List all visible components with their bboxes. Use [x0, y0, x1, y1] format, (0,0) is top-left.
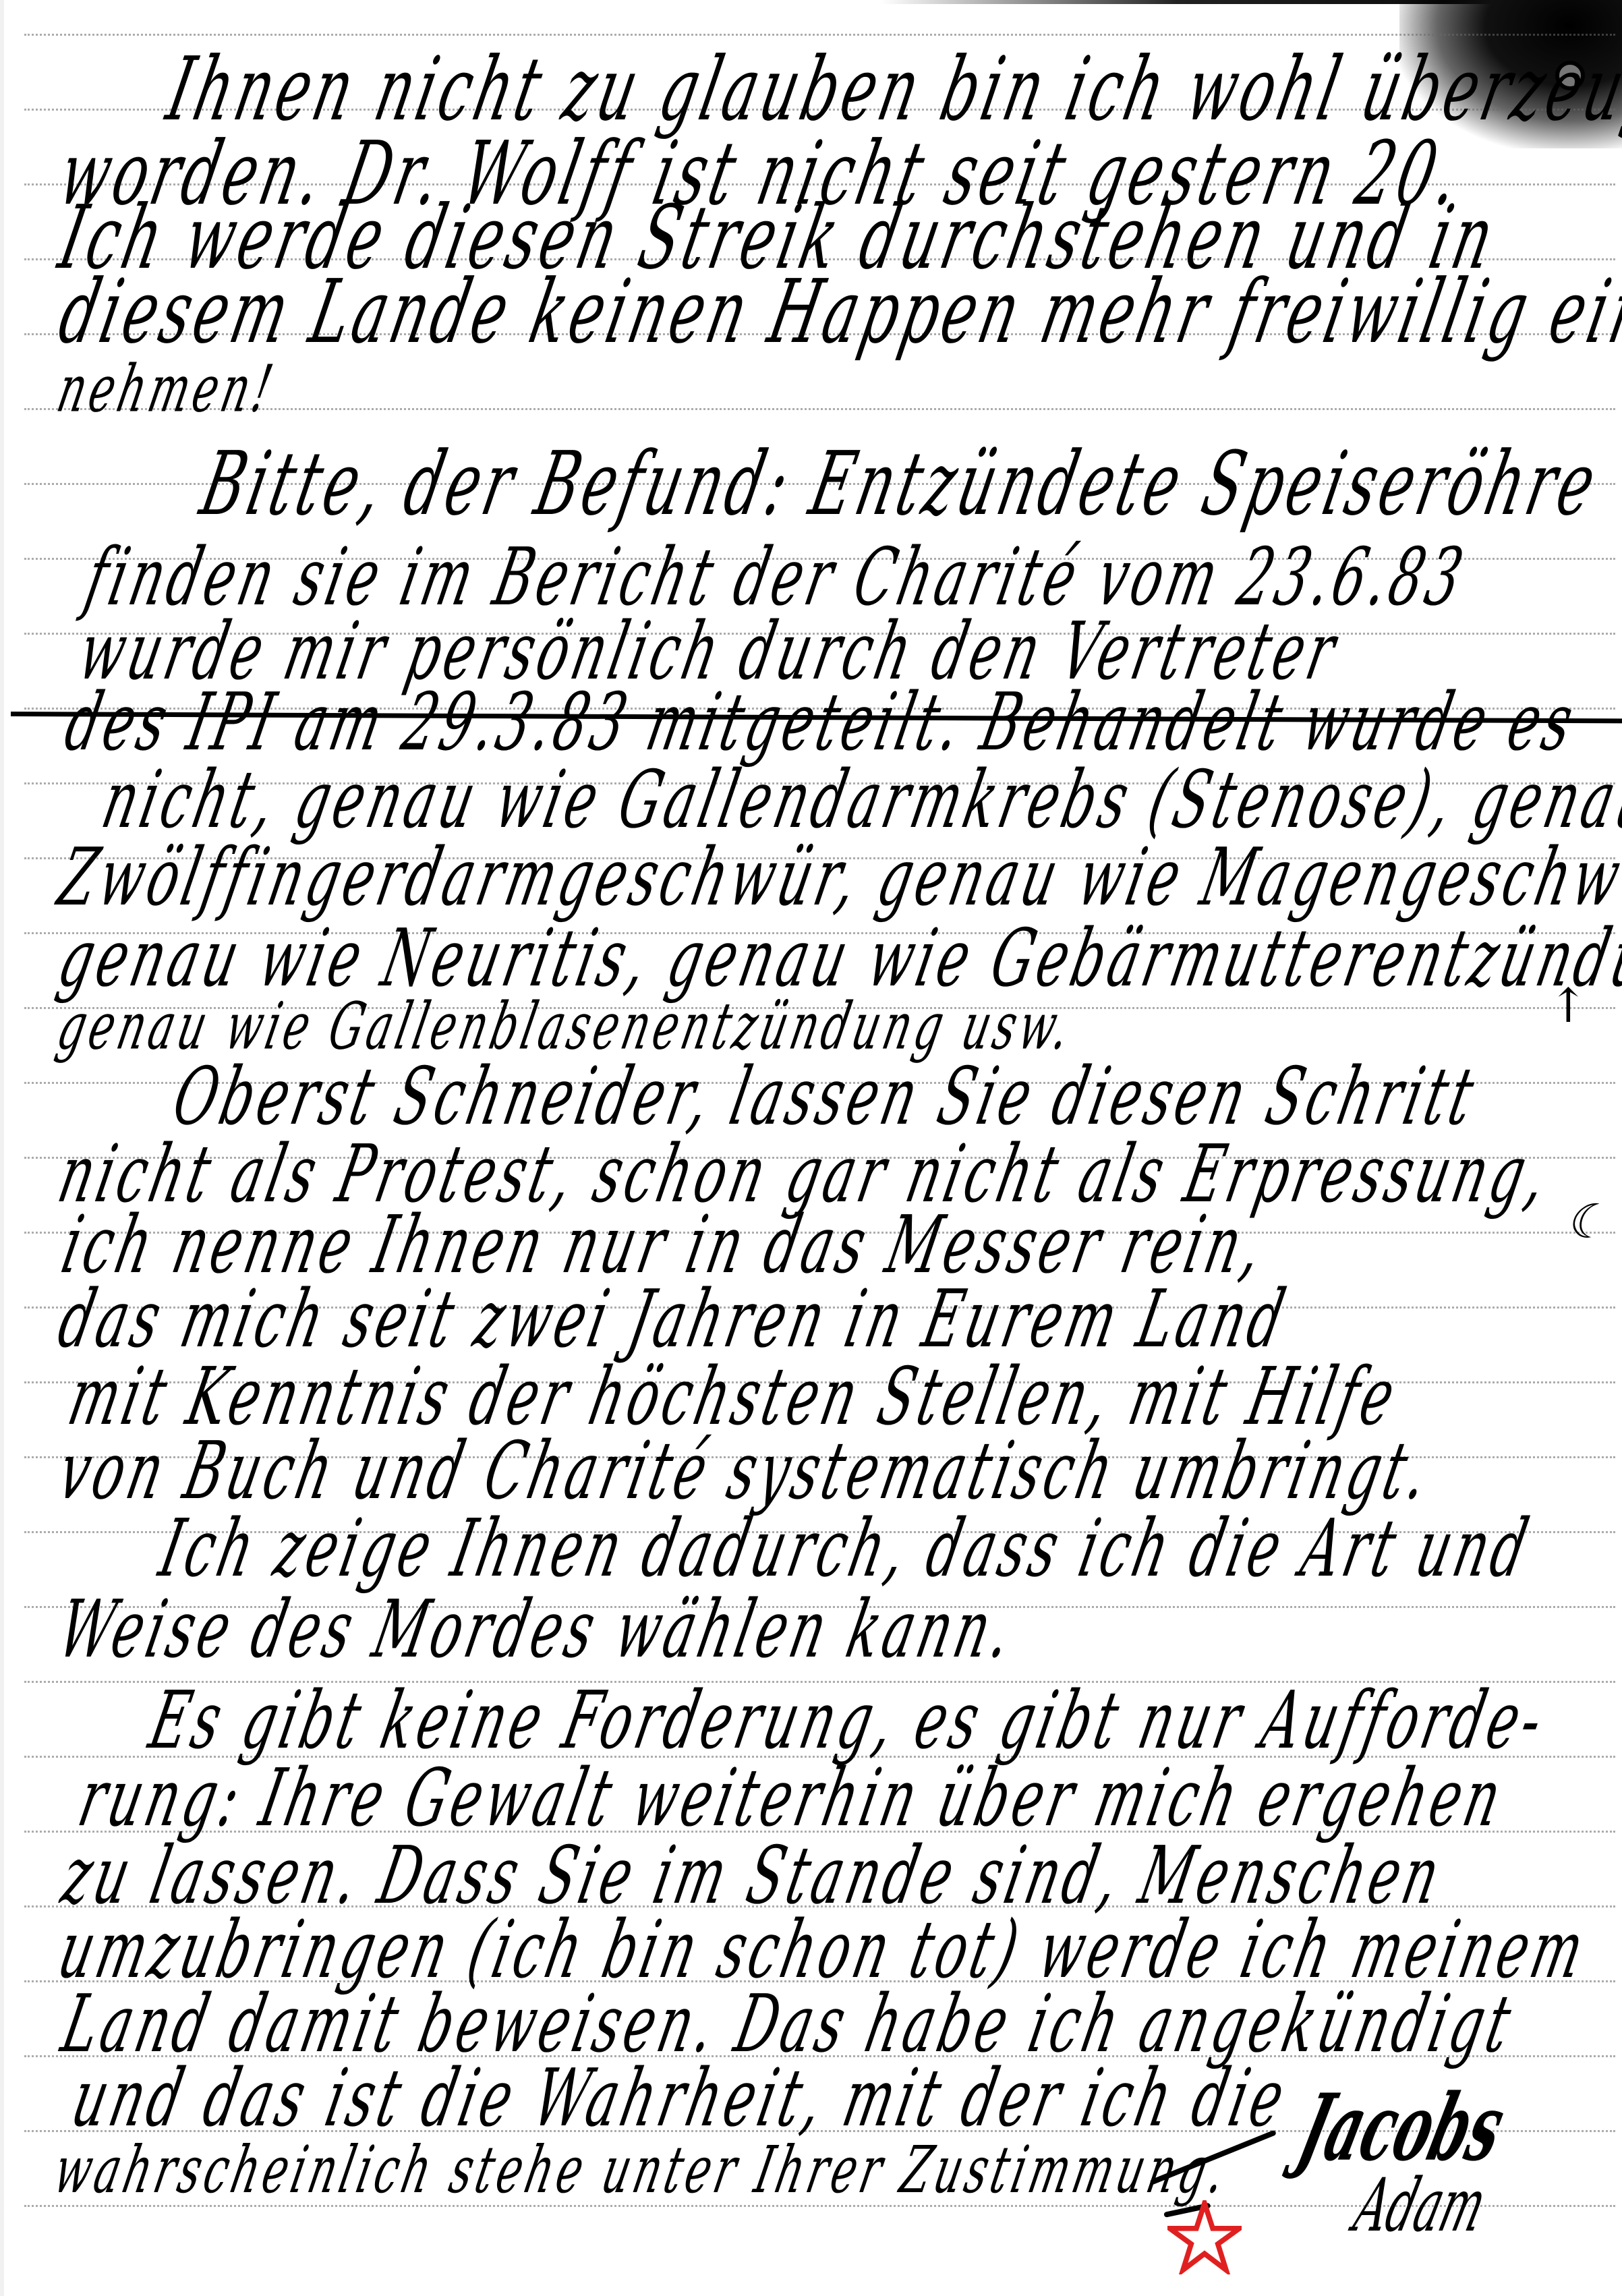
document-page: Ihnen nicht zu glauben bin ich wohl über… — [0, 0, 1622, 2296]
letter-line: Weise des Mordes wählen kann. — [51, 1582, 1023, 1675]
letter-line: diesem Lande keinen Happen mehr freiwill… — [51, 260, 1622, 363]
signature-first-name: Adam — [1346, 2164, 1495, 2249]
letter-line: Zwölffingerdarmgeschwür, genau wie Magen… — [51, 830, 1622, 923]
letter-line: und das ist die Wahrheit, mit der ich di… — [65, 2051, 1296, 2144]
letter-line: wahrscheinlich stehe unter Ihrer Zustimm… — [48, 2131, 1236, 2208]
letter-line: nehmen! — [51, 351, 283, 427]
margin-mark-arrow: ↑ — [1548, 978, 1588, 1033]
ruled-line — [24, 34, 1615, 36]
letter-line: Bitte, der Befund: Entzündete Speiseröhr… — [193, 432, 1608, 535]
margin-mark-crescent: ☾ — [1565, 1194, 1608, 1249]
red-star-icon — [1167, 2200, 1242, 2274]
letter-line: Ich zeige Ihnen dadurch, dass ich die Ar… — [152, 1501, 1539, 1595]
